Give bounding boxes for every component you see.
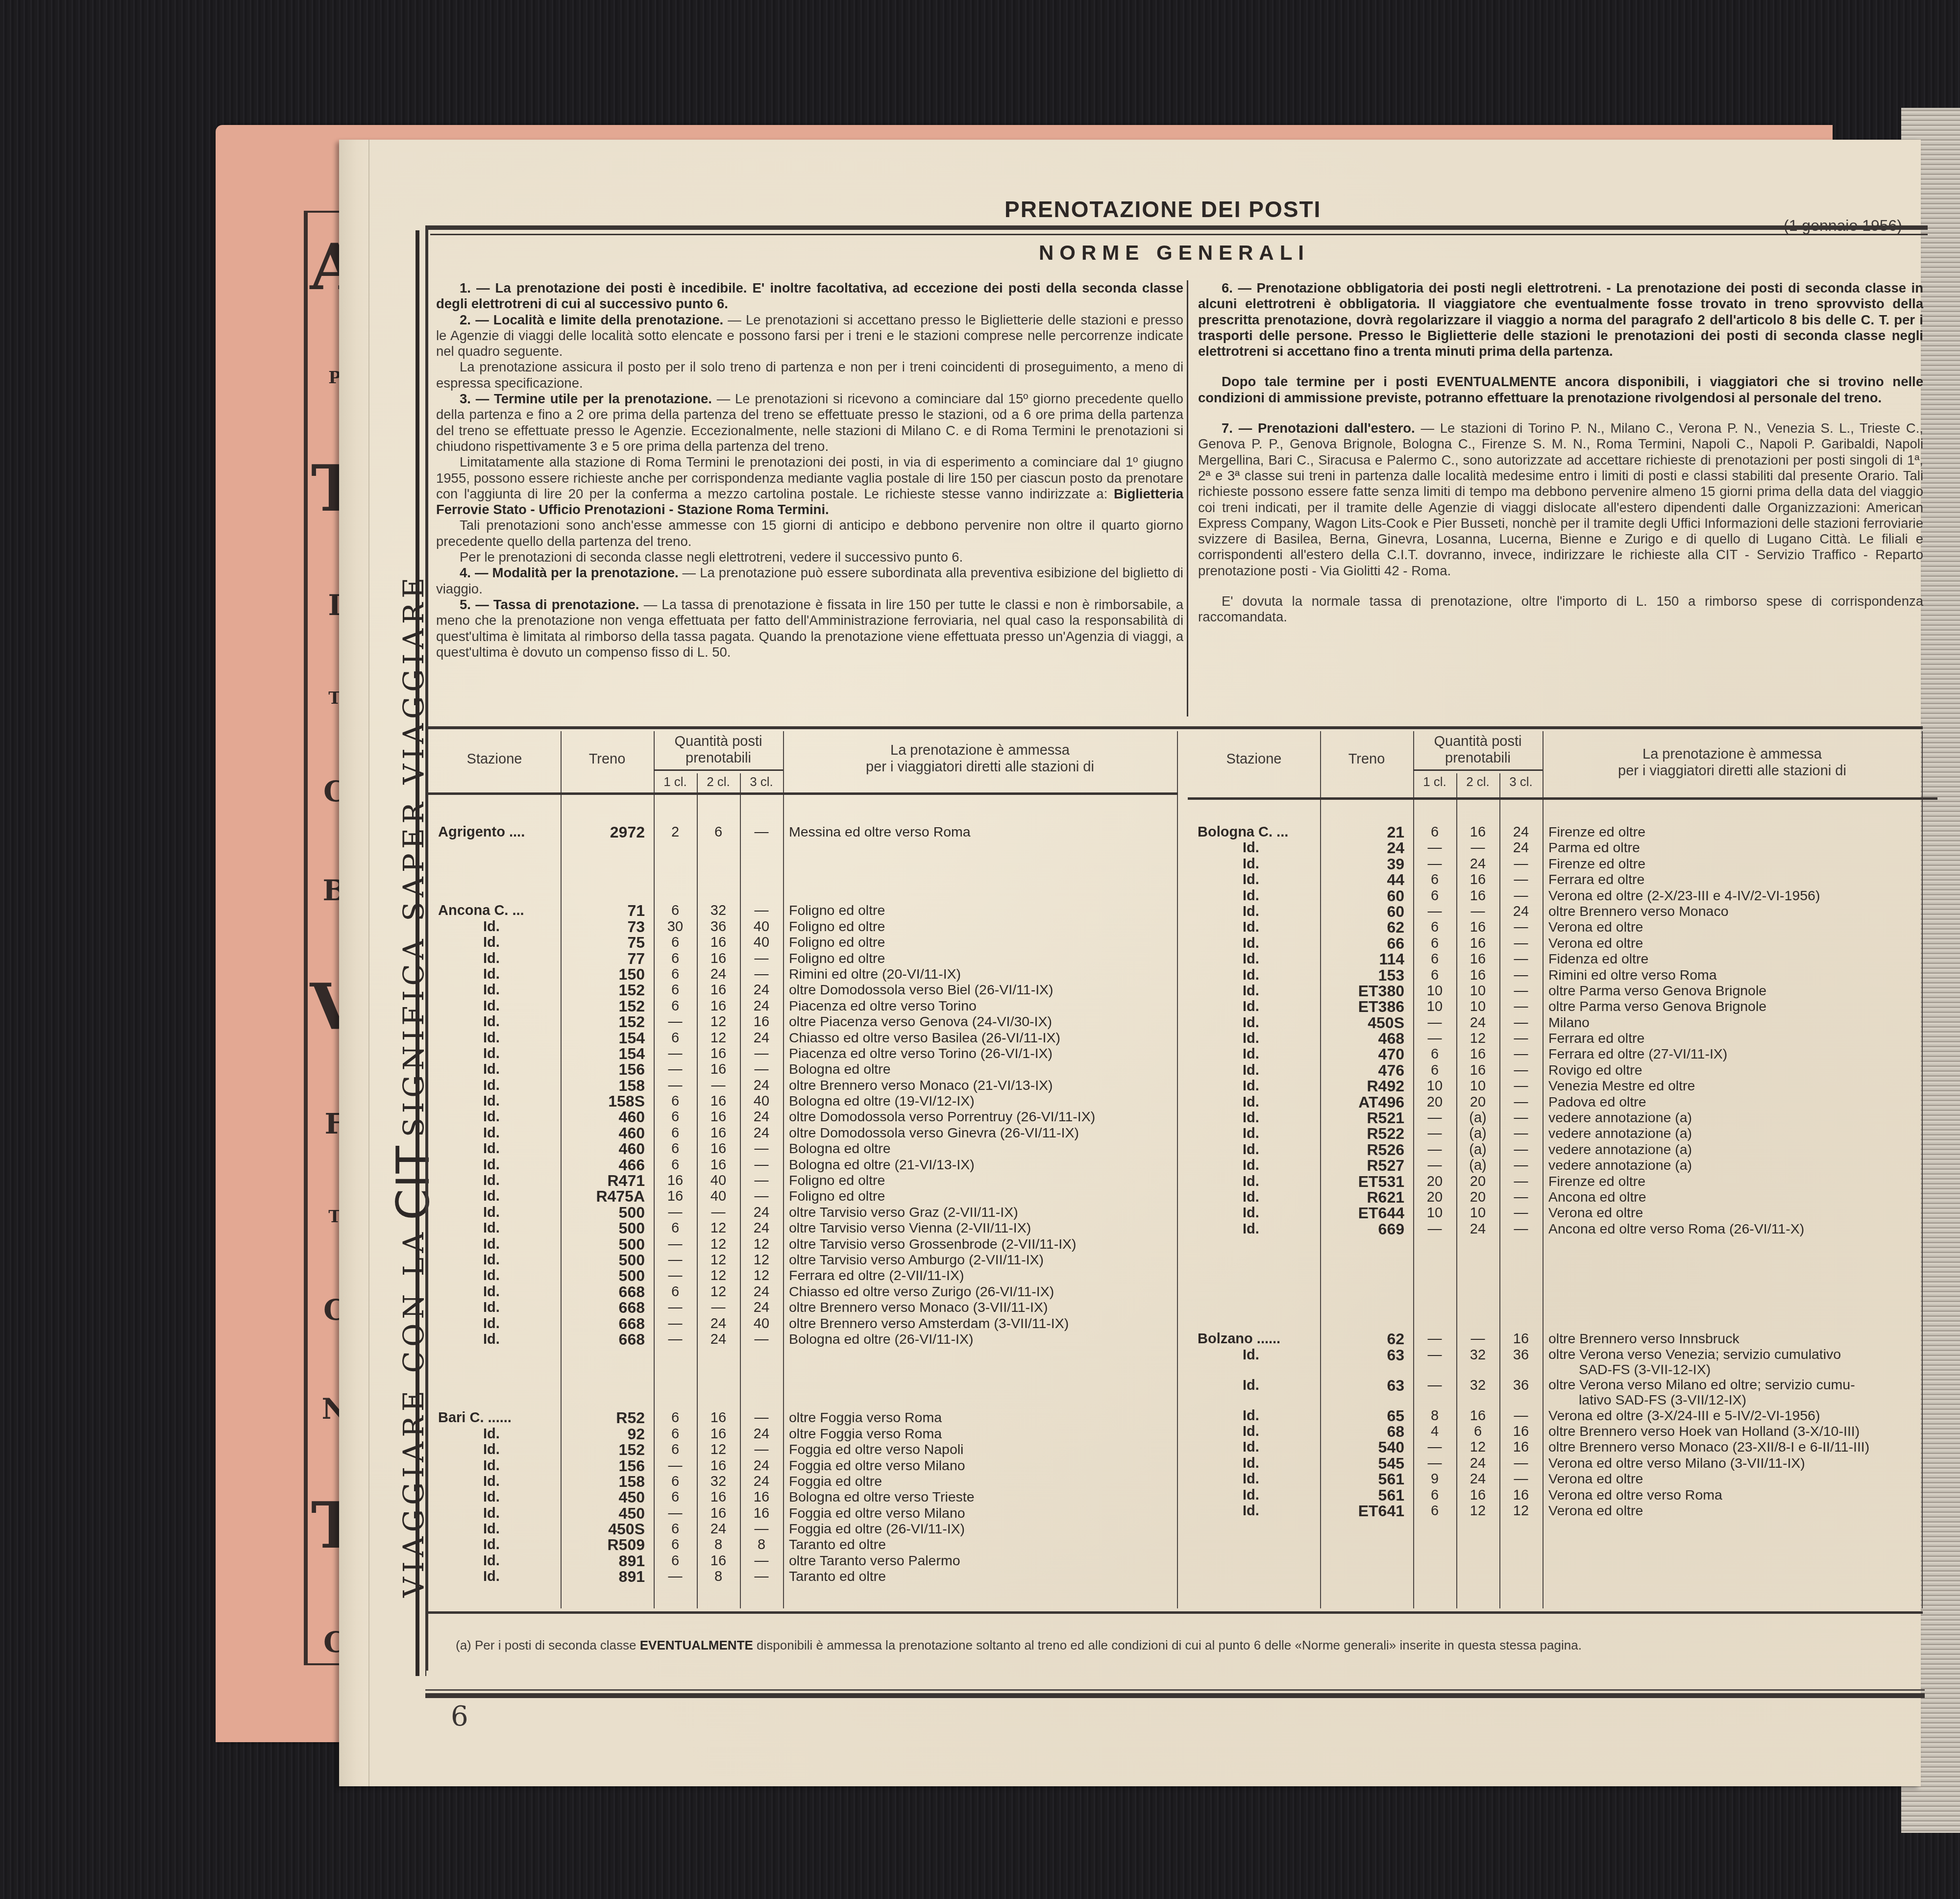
table-row: Id.R6212020—Ancona ed oltre xyxy=(1188,1189,1937,1205)
station-cell: Id. xyxy=(428,1078,561,1093)
second-class-seats-cell: 16 xyxy=(697,951,740,966)
station-cell: Id. xyxy=(428,1205,561,1220)
train-number-cell: 65 xyxy=(1320,1408,1413,1424)
second-class-seats-cell: 12 xyxy=(697,1252,740,1268)
rule-text: Per le prenotazioni di seconda classe ne… xyxy=(460,549,963,565)
third-class-seats-cell: — xyxy=(1499,1455,1543,1471)
third-class-seats-cell: — xyxy=(740,1141,783,1157)
station-cell: Id. xyxy=(428,1569,561,1584)
third-class-seats-cell: 16 xyxy=(1499,1424,1543,1439)
train-number-cell: 92 xyxy=(561,1426,654,1442)
train-number-cell: R526 xyxy=(1320,1142,1413,1158)
first-class-seats-cell: 6 xyxy=(654,1157,697,1173)
header-destination-1: La prenotazione è ammessa xyxy=(783,742,1177,759)
first-class-seats-cell: — xyxy=(654,1505,697,1521)
table-body: Agrigento ....297226—Messina ed oltre ve… xyxy=(428,824,1178,1585)
train-number-cell: 460 xyxy=(561,1125,654,1141)
second-class-seats-cell: 10 xyxy=(1456,1205,1499,1221)
destination-cell: Firenze ed oltre xyxy=(1543,1174,1937,1189)
table-spacer xyxy=(428,1379,1178,1410)
second-class-seats-cell: 16 xyxy=(1456,936,1499,951)
second-class-seats-cell: 20 xyxy=(1456,1189,1499,1205)
first-class-seats-cell: 6 xyxy=(654,1553,697,1569)
footnote: (a) Per i posti di seconda classe EVENTU… xyxy=(456,1637,1901,1653)
station-cell: Id. xyxy=(1188,999,1320,1014)
third-class-seats-cell: 24 xyxy=(740,1458,783,1474)
first-class-seats-cell: 6 xyxy=(654,935,697,950)
rule-heading: 7. — Prenotazioni dall'estero. xyxy=(1222,420,1415,436)
table-row: Bari C. ......R52616—oltre Foggia verso … xyxy=(428,1410,1178,1426)
second-class-seats-cell: 16 xyxy=(1456,1046,1499,1062)
first-class-seats-cell: 16 xyxy=(654,1173,697,1188)
page-bottom-rule xyxy=(425,1693,1925,1698)
train-number-cell: 156 xyxy=(561,1458,654,1474)
station-cell: Id. xyxy=(428,998,561,1014)
train-number-cell: 152 xyxy=(561,1014,654,1030)
first-class-seats-cell: — xyxy=(654,1078,697,1093)
table-spacer xyxy=(1188,1300,1937,1331)
station-cell: Bolzano ...... xyxy=(1188,1331,1320,1347)
train-number-cell: 470 xyxy=(1320,1046,1413,1062)
destination-cell: oltre Tarvisio verso Grossenbrode (2-VII… xyxy=(783,1236,1178,1252)
station-cell: Id. xyxy=(1188,951,1320,967)
third-class-seats-cell: 24 xyxy=(1499,840,1543,856)
first-class-seats-cell: 10 xyxy=(1413,1078,1456,1094)
third-class-seats-cell: 24 xyxy=(740,1030,783,1046)
third-class-seats-cell: 24 xyxy=(740,1078,783,1093)
destination-cell: Piacenza ed oltre verso Torino (26-VI/1-… xyxy=(783,1046,1178,1061)
second-class-seats-cell: 16 xyxy=(697,1093,740,1109)
first-class-seats-cell: 6 xyxy=(654,1109,697,1125)
third-class-seats-cell: 24 xyxy=(740,1284,783,1300)
destination-cell: Rimini ed oltre (20-VI/11-IX) xyxy=(783,966,1178,982)
third-class-seats-cell: 16 xyxy=(740,1014,783,1030)
rule-heading: 2. — Località e limite della prenotazion… xyxy=(460,312,723,327)
rule-heading: 5. — Tassa di prenotazione. xyxy=(460,597,639,612)
rule-heading: 3. — Termine utile per la prenotazione. xyxy=(460,391,712,406)
third-class-seats-cell: 12 xyxy=(740,1268,783,1283)
table-row: Id.65816—Verona ed oltre (3-X/24-III e 5… xyxy=(1188,1408,1937,1424)
train-number-cell: R521 xyxy=(1320,1110,1413,1126)
destination-cell: Ferrara ed oltre (2-VII/11-IX) xyxy=(783,1268,1178,1283)
station-cell: Id. xyxy=(428,1442,561,1457)
destination-cell: Bologna ed oltre verso Trieste xyxy=(783,1489,1178,1505)
table-row: Id.46061624oltre Domodossola verso Ginev… xyxy=(428,1125,1178,1141)
second-class-seats-cell: — xyxy=(697,1205,740,1220)
destination-cell: Firenze ed oltre xyxy=(1543,824,1937,840)
second-class-seats-cell: 20 xyxy=(1456,1094,1499,1110)
third-class-seats-cell: 40 xyxy=(740,935,783,950)
first-class-seats-cell: 6 xyxy=(1413,951,1456,967)
train-number-cell: 668 xyxy=(561,1300,654,1315)
table-row: Id.73303640Foligno ed oltre xyxy=(428,919,1178,935)
station-cell: Id. xyxy=(1188,840,1320,856)
first-class-seats-cell: 6 xyxy=(654,1426,697,1442)
first-class-seats-cell: — xyxy=(1413,856,1456,872)
third-class-seats-cell: 12 xyxy=(740,1252,783,1268)
train-number-cell: 450 xyxy=(561,1505,654,1521)
table-row: Id.540—1216oltre Brennero verso Monaco (… xyxy=(1188,1439,1937,1455)
header-rule xyxy=(428,792,1178,795)
third-class-seats-cell: — xyxy=(740,1157,783,1173)
station-cell: Id. xyxy=(1188,1078,1320,1094)
train-number-cell: 500 xyxy=(561,1268,654,1283)
station-cell: Id. xyxy=(428,1109,561,1125)
second-class-seats-cell: 12 xyxy=(697,1014,740,1030)
first-class-seats-cell: — xyxy=(1413,1439,1456,1455)
station-cell: Id. xyxy=(1188,888,1320,904)
train-number-cell: R509 xyxy=(561,1537,654,1553)
destination-cell: Milano xyxy=(1543,1015,1937,1031)
destination-cell: Foligno ed oltre xyxy=(783,919,1178,935)
first-class-seats-cell: — xyxy=(654,1205,697,1220)
table-row: Id.468—12—Ferrara ed oltre xyxy=(1188,1031,1937,1046)
destination-cell: vedere annotazione (a) xyxy=(1543,1142,1937,1158)
destination-cell: Taranto ed oltre xyxy=(783,1537,1178,1553)
station-cell: Id. xyxy=(428,1505,561,1521)
rule-paragraph: Limitatamente alla stazione di Roma Term… xyxy=(436,454,1183,518)
table-bottom-rule xyxy=(428,1611,1923,1614)
third-class-seats-cell: — xyxy=(1499,999,1543,1014)
first-class-seats-cell: 6 xyxy=(1413,888,1456,904)
first-class-seats-cell: 4 xyxy=(1413,1424,1456,1439)
table-row: Id.153616—Rimini ed oltre verso Roma xyxy=(1188,967,1937,983)
destination-cell: oltre Parma verso Genova Brignole xyxy=(1543,983,1937,999)
station-cell: Bari C. ...... xyxy=(428,1410,561,1426)
table-row: Id.450—1616Foggia ed oltre verso Milano xyxy=(428,1505,1178,1521)
destination-cell: Foggia ed oltre xyxy=(783,1474,1178,1489)
third-class-seats-cell: — xyxy=(740,903,783,918)
table-row: Id.668—24—Bologna ed oltre (26-VI/11-IX) xyxy=(428,1332,1178,1347)
station-cell: Id. xyxy=(428,1268,561,1283)
table-row: Id.63—3236oltre Verona verso Milano ed o… xyxy=(1188,1378,1937,1408)
section-separator xyxy=(428,726,1923,729)
third-class-seats-cell: — xyxy=(1499,1142,1543,1158)
third-class-seats-cell: 24 xyxy=(1499,824,1543,840)
second-class-seats-cell: 12 xyxy=(1456,1503,1499,1519)
table-row: Id.156—16—Bologna ed oltre xyxy=(428,1061,1178,1077)
second-class-seats-cell: 10 xyxy=(1456,999,1499,1014)
third-class-seats-cell: 36 xyxy=(1499,1378,1543,1408)
footnote-prefix: (a) Per i posti di seconda classe xyxy=(456,1638,640,1652)
destination-cell: Chiasso ed oltre verso Basilea (26-VI/11… xyxy=(783,1030,1178,1046)
station-cell: Id. xyxy=(428,1458,561,1474)
station-cell: Id. xyxy=(1188,1094,1320,1110)
first-class-seats-cell: — xyxy=(654,1014,697,1030)
station-cell: Id. xyxy=(428,1141,561,1157)
station-cell: Id. xyxy=(428,1426,561,1442)
second-class-seats-cell: 10 xyxy=(1456,983,1499,999)
table-row: Id.684616oltre Brennero verso Hoek van H… xyxy=(1188,1424,1937,1439)
second-class-seats-cell: 6 xyxy=(1456,1424,1499,1439)
destination-cell: Rovigo ed oltre xyxy=(1543,1062,1937,1078)
header-quantity-1: Quantità posti xyxy=(1413,733,1543,750)
station-cell: Id. xyxy=(428,1521,561,1537)
second-class-seats-cell: 12 xyxy=(697,1442,740,1457)
first-class-seats-cell: 6 xyxy=(654,1125,697,1141)
table-row: Id.60——24oltre Brennero verso Monaco xyxy=(1188,904,1937,919)
third-class-seats-cell: — xyxy=(740,951,783,966)
destination-cell: oltre Domodossola verso Porrentruy (26-V… xyxy=(783,1109,1178,1125)
train-number-cell: 77 xyxy=(561,951,654,966)
station-cell: Id. xyxy=(428,1014,561,1030)
destination-cell: Ferrara ed oltre (27-VI/11-IX) xyxy=(1543,1046,1937,1062)
table-row: Id.500—1212oltre Tarvisio verso Grossenb… xyxy=(428,1236,1178,1252)
second-class-seats-cell: 36 xyxy=(697,919,740,935)
train-number-cell: 152 xyxy=(561,982,654,998)
first-class-seats-cell: 6 xyxy=(1413,1046,1456,1062)
third-class-seats-cell: — xyxy=(1499,1046,1543,1062)
third-class-seats-cell: 40 xyxy=(740,919,783,935)
third-class-seats-cell: — xyxy=(1499,1221,1543,1237)
second-class-seats-cell: 16 xyxy=(697,1125,740,1141)
first-class-seats-cell: 9 xyxy=(1413,1471,1456,1487)
destination-cell: Piacenza ed oltre verso Torino xyxy=(783,998,1178,1014)
station-cell: Id. xyxy=(1188,1408,1320,1424)
second-class-seats-cell: 12 xyxy=(697,1284,740,1300)
table-row: Id.500—1212Ferrara ed oltre (2-VII/11-IX… xyxy=(428,1268,1178,1283)
train-number-cell: ET644 xyxy=(1320,1205,1413,1221)
destination-cell: oltre Foggia verso Roma xyxy=(783,1410,1178,1426)
table-row: Id.ET64161212Verona ed oltre xyxy=(1188,1503,1937,1519)
second-class-seats-cell: 24 xyxy=(697,1316,740,1332)
destination-cell: Foligno ed oltre xyxy=(783,1173,1178,1188)
station-cell: Id. xyxy=(428,1061,561,1077)
third-class-seats-cell: 40 xyxy=(740,1316,783,1332)
first-class-seats-cell: 6 xyxy=(654,998,697,1014)
table-row: Agrigento ....297226—Messina ed oltre ve… xyxy=(428,824,1178,840)
train-number-cell: 153 xyxy=(1320,967,1413,983)
first-class-seats-cell: 6 xyxy=(654,1489,697,1505)
station-cell: Id. xyxy=(1188,1221,1320,1237)
header-rule xyxy=(1188,797,1937,800)
destination-cell: Ancona ed oltre verso Roma (26-VI/11-X) xyxy=(1543,1221,1937,1237)
first-class-seats-cell: 20 xyxy=(1413,1189,1456,1205)
station-cell: Id. xyxy=(1188,1110,1320,1126)
destination-cell: Verona ed oltre xyxy=(1543,1471,1937,1487)
station-cell: Id. xyxy=(428,1553,561,1569)
rule-paragraph: Dopo tale termine per i posti EVENTUALME… xyxy=(1198,374,1923,406)
second-class-seats-cell: 32 xyxy=(1456,1378,1499,1408)
station-cell: Id. xyxy=(428,1300,561,1315)
destination-cell: Firenze ed oltre xyxy=(1543,856,1937,872)
train-number-cell: 460 xyxy=(561,1141,654,1157)
table-row: Id.156—1624Foggia ed oltre verso Milano xyxy=(428,1458,1178,1474)
station-cell: Id. xyxy=(1188,1174,1320,1189)
table-spacer xyxy=(428,1347,1178,1379)
train-number-cell: 158S xyxy=(561,1093,654,1109)
second-class-seats-cell: 16 xyxy=(697,1141,740,1157)
header-class-2: 2 cl. xyxy=(697,773,740,790)
first-class-seats-cell: 6 xyxy=(654,1474,697,1489)
second-class-seats-cell: 12 xyxy=(1456,1031,1499,1046)
second-class-seats-cell: 16 xyxy=(1456,919,1499,935)
third-class-seats-cell: 24 xyxy=(740,1426,783,1442)
table-body: Bologna C. ...2161624Firenze ed oltreId.… xyxy=(1188,824,1937,1519)
second-class-seats-cell: 24 xyxy=(697,1332,740,1347)
station-cell: Agrigento .... xyxy=(428,824,561,840)
station-cell: Id. xyxy=(1188,1142,1320,1158)
train-number-cell: ET531 xyxy=(1320,1174,1413,1189)
train-number-cell: 500 xyxy=(561,1205,654,1220)
table-row: Id.891616—oltre Taranto verso Palermo xyxy=(428,1553,1178,1569)
rules-right-column: 6. — Prenotazione obbligatoria dei posti… xyxy=(1198,280,1923,625)
rule-text: Tali prenotazioni sono anch'esse ammesse… xyxy=(436,518,1183,548)
first-class-seats-cell: 6 xyxy=(1413,1487,1456,1503)
train-number-cell: R527 xyxy=(1320,1158,1413,1173)
destination-cell: oltre Piacenza verso Genova (24-VI/30-IX… xyxy=(783,1014,1178,1030)
destination-cell: Parma ed oltre xyxy=(1543,840,1937,856)
destination-cell: Padova ed oltre xyxy=(1543,1094,1937,1110)
train-number-cell: 468 xyxy=(1320,1031,1413,1046)
train-number-cell: 466 xyxy=(561,1157,654,1173)
second-class-seats-cell: — xyxy=(697,1078,740,1093)
first-class-seats-cell: 6 xyxy=(654,951,697,966)
train-number-cell: 68 xyxy=(1320,1424,1413,1439)
station-cell: Id. xyxy=(1188,1205,1320,1221)
second-class-seats-cell: 16 xyxy=(697,1553,740,1569)
table-row: Ancona C. ...71632—Foligno ed oltre xyxy=(428,903,1178,918)
station-cell: Id. xyxy=(428,1125,561,1141)
destination-continuation: lativo SAD-FS (3-VII/12-IX) xyxy=(1548,1393,1928,1408)
second-class-seats-cell: 24 xyxy=(1456,1015,1499,1031)
station-cell: Id. xyxy=(428,935,561,950)
destination-cell: Verona ed oltre xyxy=(1543,1503,1937,1519)
second-class-seats-cell: 24 xyxy=(1456,856,1499,872)
destination-cell: Foligno ed oltre xyxy=(783,951,1178,966)
destination-cell: oltre Brennero verso Monaco (21-VI/13-IX… xyxy=(783,1078,1178,1093)
destination-cell: Bologna ed oltre xyxy=(783,1141,1178,1157)
third-class-seats-cell: 24 xyxy=(1499,904,1543,919)
destination-cell: oltre Domodossola verso Biel (26-VI/11-I… xyxy=(783,982,1178,998)
table-row: Id.668——24oltre Brennero verso Monaco (3… xyxy=(428,1300,1178,1315)
destination-cell: vedere annotazione (a) xyxy=(1543,1158,1937,1173)
destination-cell: oltre Domodossola verso Ginevra (26-VI/1… xyxy=(783,1125,1178,1141)
train-number-cell: 63 xyxy=(1320,1347,1413,1378)
rule-heading: 6. — Prenotazione obbligatoria dei posti… xyxy=(1198,280,1923,359)
first-class-seats-cell: 6 xyxy=(654,1284,697,1300)
third-class-seats-cell: 36 xyxy=(1499,1347,1543,1378)
third-class-seats-cell: 24 xyxy=(740,998,783,1014)
second-class-seats-cell: 6 xyxy=(697,824,740,840)
second-class-seats-cell: — xyxy=(1456,840,1499,856)
header-destination-2: per i viaggiatori diretti alle stazioni … xyxy=(783,759,1177,775)
third-class-seats-cell: 12 xyxy=(740,1236,783,1252)
third-class-seats-cell: 24 xyxy=(740,1300,783,1315)
train-number-cell: 71 xyxy=(561,903,654,918)
station-cell: Id. xyxy=(428,1220,561,1236)
destination-cell: Foligno ed oltre xyxy=(783,935,1178,950)
train-number-cell: R471 xyxy=(561,1173,654,1188)
first-class-seats-cell: 6 xyxy=(1413,872,1456,888)
table-row: Id.AT4962020—Padova ed oltre xyxy=(1188,1094,1937,1110)
train-number-cell: R475A xyxy=(561,1188,654,1204)
table-spacer xyxy=(1188,1268,1937,1300)
page-title: PRENOTAZIONE DEI POSTI xyxy=(1004,196,1321,222)
train-number-cell: 24 xyxy=(1320,840,1413,856)
second-class-seats-cell: (a) xyxy=(1456,1126,1499,1141)
third-class-seats-cell: 8 xyxy=(740,1537,783,1553)
table-row: Id.114616—Fidenza ed oltre xyxy=(1188,951,1937,967)
destination-cell: Bologna ed oltre (21-VI/13-IX) xyxy=(783,1157,1178,1173)
table-row: Bolzano ......62——16oltre Brennero verso… xyxy=(1188,1331,1937,1347)
second-class-seats-cell: 16 xyxy=(697,1426,740,1442)
train-number-cell: R522 xyxy=(1320,1126,1413,1141)
train-number-cell: 73 xyxy=(561,919,654,935)
second-class-seats-cell: 24 xyxy=(1456,1221,1499,1237)
table-row: Id.R526—(a)—vedere annotazione (a) xyxy=(1188,1142,1937,1158)
first-class-seats-cell: 6 xyxy=(654,982,697,998)
first-class-seats-cell: 6 xyxy=(1413,967,1456,983)
station-cell: Id. xyxy=(1188,1158,1320,1173)
first-class-seats-cell: 20 xyxy=(1413,1174,1456,1189)
header-class-2: 2 cl. xyxy=(1456,773,1499,790)
train-number-cell: 63 xyxy=(1320,1378,1413,1408)
destination-cell: oltre Brennero verso Monaco (3-VII/11-IX… xyxy=(783,1300,1178,1315)
table-row: Id.R521—(a)—vedere annotazione (a) xyxy=(1188,1110,1937,1126)
destination-cell: Messina ed oltre verso Roma xyxy=(783,824,1178,840)
third-class-seats-cell: 24 xyxy=(740,1125,783,1141)
destination-cell: Venezia Mestre ed oltre xyxy=(1543,1078,1937,1094)
second-class-seats-cell: 16 xyxy=(1456,1408,1499,1424)
first-class-seats-cell: — xyxy=(1413,1455,1456,1471)
train-number-cell: 540 xyxy=(1320,1439,1413,1455)
table-row: Id.470616—Ferrara ed oltre (27-VI/11-IX) xyxy=(1188,1046,1937,1062)
destination-cell: Ferrara ed oltre xyxy=(1543,872,1937,888)
second-class-seats-cell: — xyxy=(1456,1331,1499,1347)
header-station: Stazione xyxy=(1188,751,1320,767)
station-cell: Id. xyxy=(428,1537,561,1553)
train-number-cell: R492 xyxy=(1320,1078,1413,1094)
first-class-seats-cell: 10 xyxy=(1413,983,1456,999)
rule-heading: 4. — Modalità per la prenotazione. xyxy=(460,565,679,580)
destination-cell: oltre Brennero verso Amsterdam (3-VII/11… xyxy=(783,1316,1178,1332)
train-number-cell: 561 xyxy=(1320,1471,1413,1487)
station-cell: Id. xyxy=(428,1316,561,1332)
table-row: Id.R475A1640—Foligno ed oltre xyxy=(428,1188,1178,1204)
rule-text: E' dovuta la normale tassa di prenotazio… xyxy=(1198,593,1923,624)
destination-text: oltre Verona verso Milano ed oltre; serv… xyxy=(1548,1377,1855,1393)
destination-cell: vedere annotazione (a) xyxy=(1543,1126,1937,1141)
table-row: Id.ET3861010—oltre Parma verso Genova Br… xyxy=(1188,999,1937,1014)
second-class-seats-cell: 20 xyxy=(1456,1174,1499,1189)
header-destination-2: per i viaggiatori diretti alle stazioni … xyxy=(1543,763,1922,779)
table-row: Id.66861224Chiasso ed oltre verso Zurigo… xyxy=(428,1284,1178,1300)
third-class-seats-cell: — xyxy=(740,1173,783,1188)
second-class-seats-cell: 12 xyxy=(697,1268,740,1283)
first-class-seats-cell: — xyxy=(1413,1221,1456,1237)
second-class-seats-cell: 40 xyxy=(697,1173,740,1188)
destination-cell: oltre Foggia verso Roma xyxy=(783,1426,1178,1442)
station-cell: Id. xyxy=(428,1252,561,1268)
first-class-seats-cell: — xyxy=(1413,1015,1456,1031)
third-class-seats-cell: 24 xyxy=(740,1109,783,1125)
second-class-seats-cell: 16 xyxy=(1456,824,1499,840)
third-class-seats-cell: — xyxy=(1499,983,1543,999)
train-number-cell: 668 xyxy=(561,1284,654,1300)
rules-left-column: 1. — La prenotazione dei posti è incedib… xyxy=(436,280,1183,660)
train-number-cell: 152 xyxy=(561,1442,654,1457)
station-cell: Id. xyxy=(428,1030,561,1046)
third-class-seats-cell: 16 xyxy=(1499,1331,1543,1347)
table-row: Id.63—3236oltre Verona verso Venezia; se… xyxy=(1188,1347,1937,1378)
third-class-seats-cell: — xyxy=(1499,1174,1543,1189)
destination-cell: Bologna ed oltre xyxy=(783,1061,1178,1077)
destination-cell: Verona ed oltre verso Milano (3-VII/11-I… xyxy=(1543,1455,1937,1471)
third-class-seats-cell: — xyxy=(740,824,783,840)
station-cell: Id. xyxy=(1188,904,1320,919)
second-class-seats-cell: 16 xyxy=(697,1061,740,1077)
